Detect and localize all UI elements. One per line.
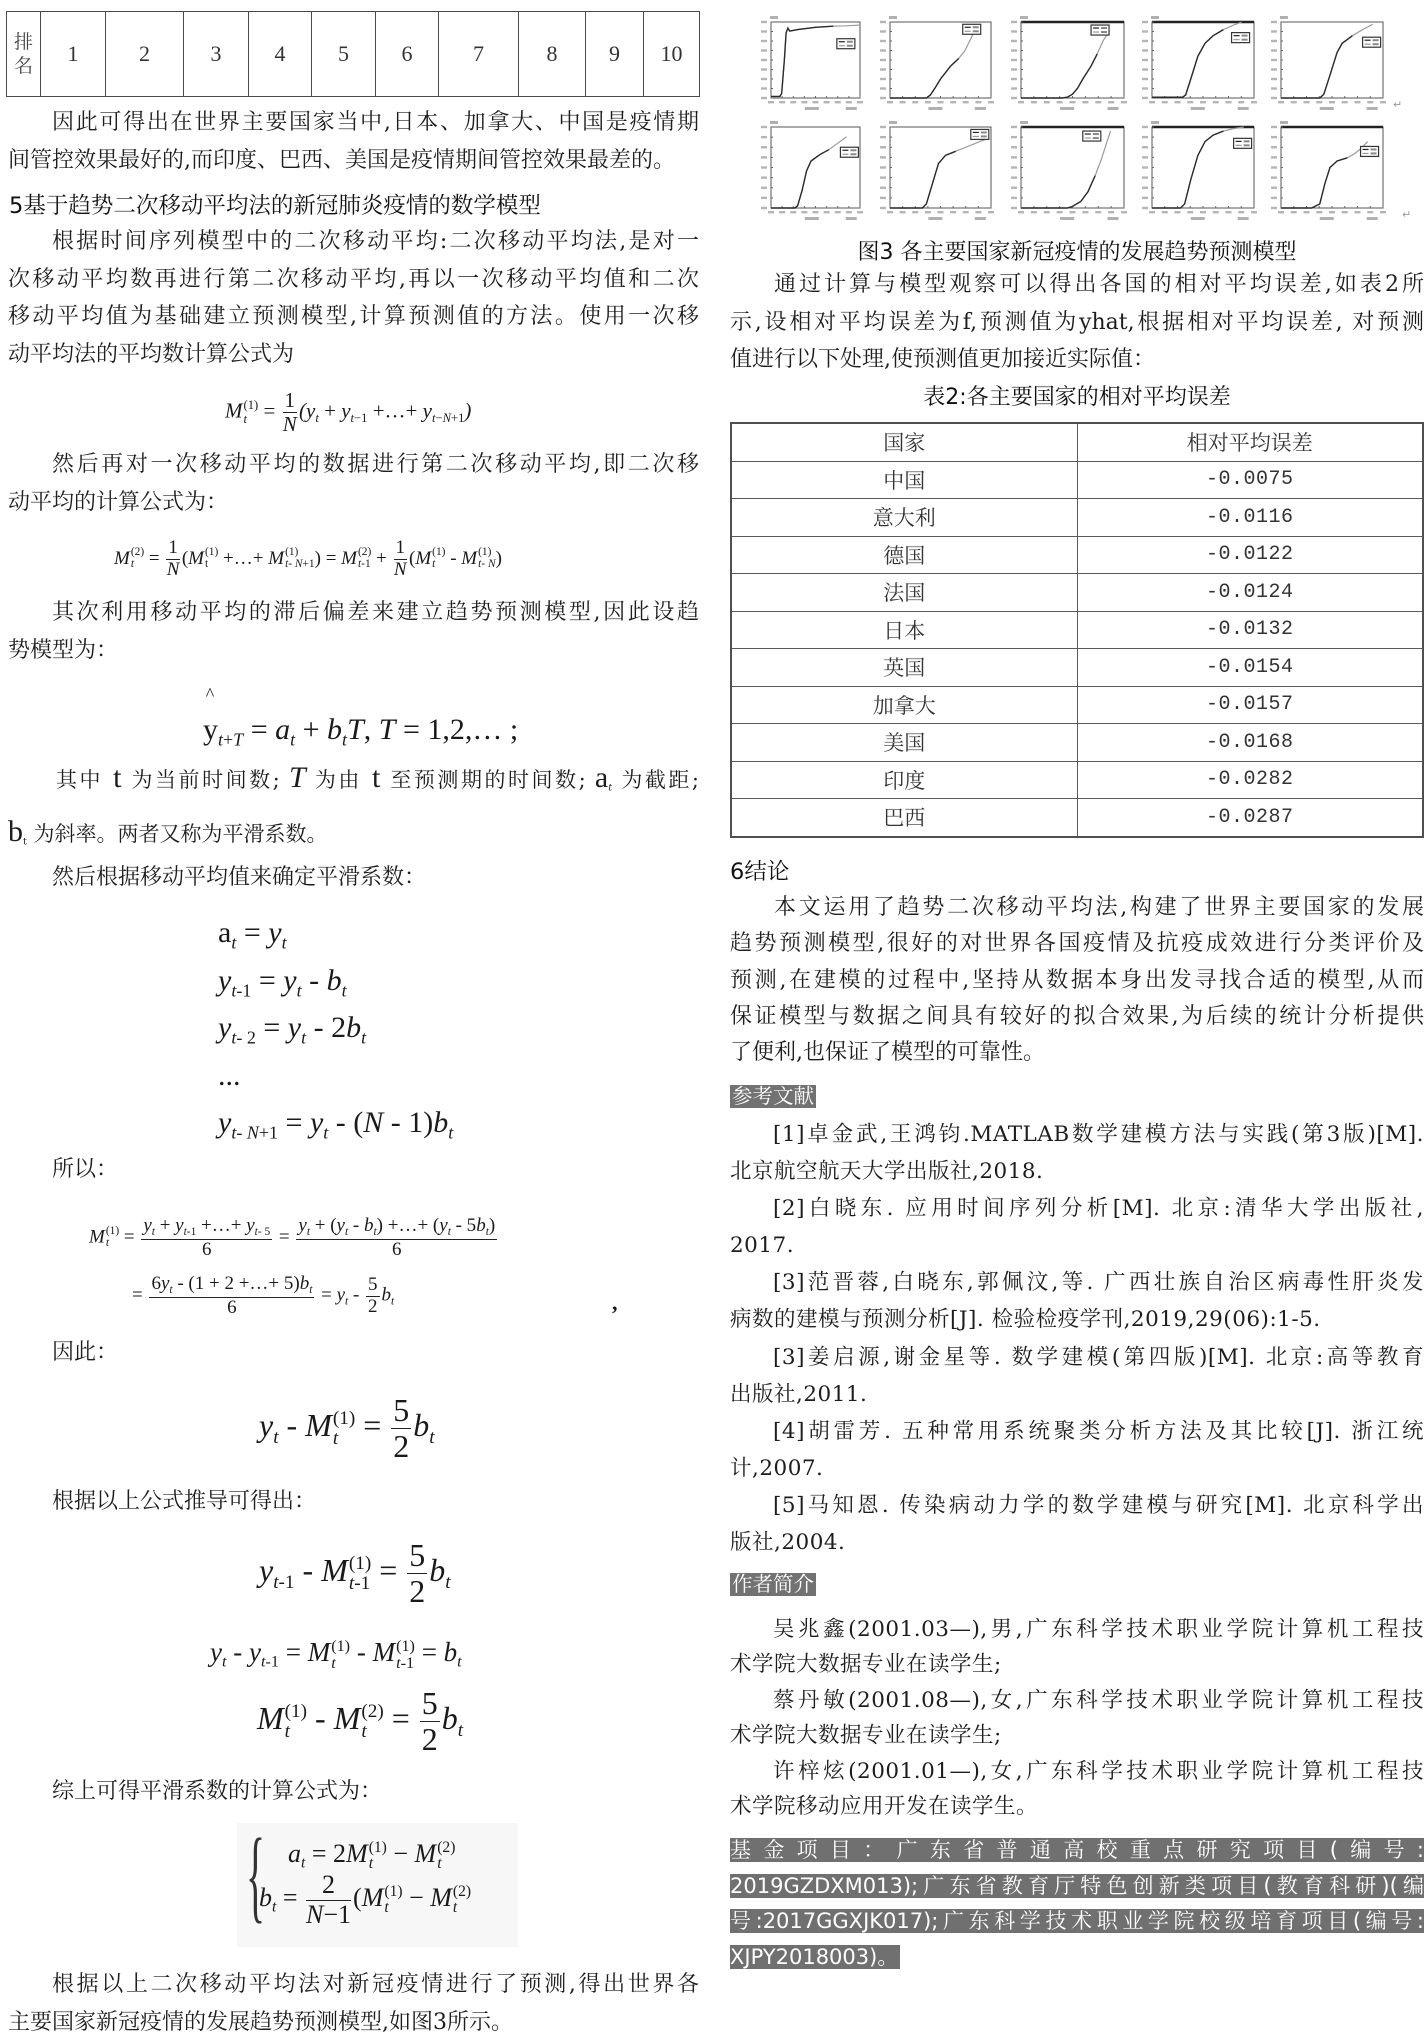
table-row: 意大利-0.0116	[731, 499, 1423, 537]
country-cell: 巴西	[731, 799, 1077, 837]
plot-x-tick-label	[779, 101, 785, 103]
text-line: 示,设相对平均误差为f,预测值为yhat,根据相对平均误差, 对预测	[730, 304, 1424, 342]
text-line: 根据时间序列模型中的二次移动平均:二次移动平均法,是对一	[8, 223, 699, 261]
text-line: 2017.	[730, 1227, 1424, 1264]
math-r: =	[355, 1407, 389, 1443]
plot-x-tick-label	[835, 101, 841, 103]
subscript: t	[384, 1900, 402, 1916]
plot-y-tick-label	[1142, 59, 1148, 61]
country-cell: 英国	[731, 649, 1077, 687]
reference-item: [5]马知恩. 传染病动力学的数学建模与研究[M]. 北京科学出版社,2004.	[730, 1487, 1424, 1561]
plot-exponent-label	[770, 16, 778, 19]
paragraph-derive: 根据以上公式推导可得出：	[8, 1483, 699, 1521]
math-r: a	[218, 916, 231, 949]
plot-y-tick-label	[1011, 156, 1017, 158]
plot-actual-curve	[1152, 131, 1223, 208]
plot-forecast-curve	[1021, 131, 1111, 208]
math-ss: (1)t	[106, 1226, 119, 1250]
plot-x-tick-label	[1057, 101, 1063, 103]
plot-y-tick-label	[1142, 68, 1148, 70]
table-row: 英国-0.0154	[731, 649, 1423, 687]
text-line: 2019GZDXM013);广东省教育厅特色创新类项目(教育科研)(编	[730, 1874, 1424, 1898]
plot-legend	[1083, 131, 1101, 141]
text-line: XJPY2018003)。	[730, 1945, 900, 1969]
plot-legend	[1234, 138, 1252, 148]
plot-x-tick-label	[1121, 211, 1127, 213]
math-ss: (1)t	[432, 547, 445, 571]
legend-label	[847, 45, 853, 47]
rank-cell: 8	[519, 12, 586, 97]
math-r: - 5	[451, 1215, 476, 1236]
plot-x-tick-label	[1031, 101, 1037, 103]
math-r: =	[258, 398, 280, 422]
math-r: (1)	[331, 1637, 350, 1655]
plot-y-tick-label	[1142, 187, 1148, 189]
plot-x-tick-label	[1121, 101, 1127, 103]
denominator: 2	[407, 1574, 427, 1609]
text-line: 次移动平均数再进行第二次移动平均,再以一次移动平均值和二次	[8, 261, 699, 299]
math-r: ) +…+ (	[377, 1215, 440, 1236]
plot-y-tick-label	[1142, 207, 1148, 209]
plot-thumbnail	[1136, 120, 1257, 223]
plot-x-tick-label	[1342, 101, 1348, 103]
math-r: −	[403, 1883, 431, 1912]
math-i: t	[342, 980, 347, 1000]
plot-x-tick-label	[1251, 211, 1257, 213]
authors-label: 作者简介	[730, 1573, 816, 1596]
legend-label	[1371, 148, 1377, 150]
plot-y-tick-label	[761, 207, 767, 209]
math-frac: 1N	[283, 389, 298, 436]
math-r: = 1,2,… ;	[395, 713, 518, 746]
text-line: 因此可得出在世界主要国家当中,日本、加拿大、中国是疫情期	[8, 104, 699, 142]
legend-label	[1371, 152, 1377, 154]
math-r: -1	[354, 1573, 370, 1594]
subscript: t	[244, 413, 259, 426]
formula-second-moving-average: M(2)t = 1N(M(1)t +…+ M(1)t- N+1) = M(2)t…	[114, 538, 502, 581]
numerator: 5	[391, 1393, 411, 1429]
text-slope-definition: bt 为斜率。两者又称为平滑系数。	[8, 808, 699, 866]
denominator: 6	[296, 1240, 497, 1261]
math-r: =	[251, 964, 283, 997]
text-line: 术学院大数据专业在读学生;	[730, 1718, 1424, 1753]
plot-y-tick-label	[880, 30, 886, 32]
math-frac: 1N	[166, 538, 180, 581]
legend-label	[1242, 35, 1248, 37]
table-row: 日本-0.0132	[731, 611, 1423, 649]
text-line: 间管控效果最好的,而印度、巴西、美国是疫情期间管控效果最差的。	[8, 142, 699, 180]
plot-x-tick-label	[846, 211, 852, 213]
math-c: 至预测期的时间数;	[390, 768, 595, 792]
section-5-title: 5基于趋势二次移动平均法的新冠肺炎疫情的数学模型	[9, 192, 541, 220]
math-r: - 2	[306, 1011, 346, 1044]
math-i: T	[379, 713, 396, 746]
plot-actual-curve	[1021, 176, 1095, 208]
country-cell: 中国	[731, 461, 1077, 499]
math-r: -	[348, 1215, 364, 1236]
legend-label	[1244, 140, 1250, 142]
math-ss: (1)t	[285, 1702, 307, 1742]
text-line: 趋势预测模型,很好的对世界各国疫情及抗疫成效进行分类评价及	[730, 926, 1424, 962]
plot-axes-box	[1281, 22, 1383, 98]
math-sub: t	[309, 1284, 312, 1296]
numerator: yt + yt-1 +…+ yt- 5	[141, 1216, 272, 1240]
numerator: 1	[283, 389, 298, 413]
plot-x-tick-label	[1175, 211, 1181, 213]
denominator: N−1	[306, 1901, 351, 1930]
plot-y-tick-label	[1271, 197, 1277, 199]
plot-y-tick-label	[761, 21, 767, 23]
plot-x-tick-label	[857, 101, 863, 103]
math-r: - 5	[258, 1226, 270, 1238]
plot-legend	[1363, 37, 1381, 47]
math-i: t	[445, 1572, 450, 1593]
math-r: -	[445, 548, 461, 569]
plot-x-tick-label	[887, 101, 893, 103]
plot-y-tick-label	[761, 40, 767, 42]
math-r: -	[236, 1122, 247, 1142]
math-sub: t	[361, 1027, 366, 1047]
plot-y-tick-label	[1011, 126, 1017, 128]
plot-exponent-label	[889, 16, 897, 19]
table-header-row: 国家 相对平均误差	[731, 423, 1423, 461]
table-row: 中国-0.0075	[731, 461, 1423, 499]
math-r: =	[132, 1285, 147, 1306]
math-i: y	[246, 1215, 254, 1236]
math-r: 5	[422, 1685, 438, 1721]
plot-y-tick-label	[1271, 126, 1277, 128]
plot-x-axis-label	[1320, 107, 1334, 110]
math-frac: 52	[420, 1686, 440, 1757]
plot-x-tick-label	[1070, 101, 1076, 103]
subscript: t	[131, 559, 144, 571]
plot-y-tick-label	[1271, 187, 1277, 189]
plot-x-tick-label	[857, 211, 863, 213]
plot-x-tick-label	[950, 211, 956, 213]
plot-y-tick-label	[1011, 49, 1017, 51]
math-ss: (1)t	[384, 1884, 402, 1917]
plot-x-exponent-label	[1108, 217, 1119, 220]
plot-exponent-label	[1020, 16, 1028, 19]
math-r: =	[316, 1285, 336, 1306]
math-r: - (1 + 2 +…+ 5)	[173, 1273, 300, 1294]
plot-x-tick-label	[988, 211, 994, 213]
plot-forecast-curve	[771, 137, 847, 208]
plot-x-exponent-label	[975, 107, 986, 110]
text-line: [1]卓金武,王鸿钧.MATLAB数学建模方法与实践(第3版)[M].	[730, 1116, 1424, 1153]
math-frac: 52	[366, 1275, 380, 1318]
plot-y-tick-label	[1271, 78, 1277, 80]
superscript: (2)	[453, 1884, 471, 1900]
superscript: (1)	[285, 1702, 307, 1722]
formula-difference-1: yt - M(1)t = 52bt	[259, 1393, 435, 1464]
numerator: 6yt - (1 + 2 +…+ 5)bt	[149, 1274, 314, 1298]
denominator: N	[394, 560, 408, 581]
math-i: M	[415, 1839, 437, 1868]
formula-trend-forecast: y^t+T = at + btT, T = 1,2,… ;	[203, 713, 518, 750]
subscript: t-1	[396, 1655, 415, 1672]
text-line: 根据以上二次移动平均法对新冠疫情进行了预测,得出世界各	[8, 1966, 699, 2004]
plot-thumbnail	[755, 120, 863, 223]
plot-y-tick-label	[1271, 40, 1277, 42]
math-r: 2	[409, 1573, 425, 1609]
plot-y-tick-label	[1271, 97, 1277, 99]
math-i: b	[259, 1883, 272, 1912]
text-line: 根据以上公式推导可得出：	[8, 1483, 699, 1521]
plot-x-tick-label	[813, 101, 819, 103]
math-i: t	[391, 1296, 394, 1308]
math-i: t	[333, 1428, 338, 1449]
legend-label	[850, 149, 856, 151]
superscript: (2)	[437, 1840, 455, 1856]
math-bi: T	[289, 761, 306, 794]
plot-x-tick-label	[1304, 101, 1310, 103]
denominator: 6	[141, 1240, 272, 1261]
math-sub: t−1	[351, 411, 368, 425]
math-i: y	[310, 1106, 323, 1139]
plot-x-tick-label	[912, 211, 918, 213]
error-cell: -0.0157	[1077, 686, 1423, 724]
paragraph-second-average: 然后再对一次移动平均的数据进行第二次移动平均,即二次移动平均的计算公式为：	[8, 446, 699, 521]
plot-y-tick-label	[880, 136, 886, 138]
relative-error-table: 国家 相对平均误差 中国-0.0075 意大利-0.0116 德国-0.0122…	[730, 422, 1424, 838]
math-i: y	[218, 1106, 231, 1139]
math-r: (2)	[358, 546, 371, 558]
plot-y-tick-label	[1011, 97, 1017, 99]
legend-label	[850, 153, 856, 155]
plot-svg	[755, 120, 863, 223]
plot-x-exponent-label	[975, 217, 986, 220]
plot-y-tick-label	[1011, 78, 1017, 80]
math-i: t	[457, 1653, 462, 1671]
math-r: 1	[285, 388, 296, 412]
plot-x-tick-label	[1329, 101, 1335, 103]
plot-y-tick-label	[880, 207, 886, 209]
math-r: +1	[303, 558, 315, 570]
math-i: b	[442, 1700, 458, 1736]
plot-forecast-curve	[1281, 142, 1368, 208]
math-r: =	[276, 1883, 304, 1912]
plot-x-tick-label	[1316, 101, 1322, 103]
paragraph-rank-result: 因此可得出在世界主要国家当中,日本、加拿大、中国是疫情期间管控效果最好的,而印度…	[8, 104, 699, 179]
math-r: =	[274, 1227, 294, 1248]
plot-legend	[1361, 146, 1379, 156]
math-i: t	[432, 558, 435, 570]
plot-y-tick-label	[761, 49, 767, 51]
plot-y-tick-label	[1271, 21, 1277, 23]
plot-legend	[1091, 25, 1109, 35]
plot-x-tick-label	[1367, 101, 1373, 103]
math-i: y	[259, 1407, 273, 1443]
table-row: 巴西-0.0287	[731, 799, 1423, 837]
text-line: 动平均的计算公式为：	[8, 484, 699, 522]
math-i: M	[341, 548, 357, 569]
text-line: [3]姜启源,谢金星等. 数学建模(第四版)[M]. 北京:高等教育	[730, 1339, 1424, 1376]
math-sub: t	[342, 980, 347, 1000]
plot-x-tick-label	[1095, 101, 1101, 103]
plot-y-tick-label	[1271, 136, 1277, 138]
math-i: y	[143, 1215, 151, 1236]
plot-y-tick-label	[1271, 166, 1277, 168]
legend-label	[1373, 43, 1379, 45]
formula-expansion-line-2: = 6yt - (1 + 2 +…+ 5)bt6 = yt - 52bt	[132, 1274, 394, 1318]
plot-y-tick-label	[880, 166, 886, 168]
math-ss: (2)t	[131, 547, 144, 571]
plot-actual-curve	[1021, 54, 1097, 98]
subscript: t	[331, 1655, 350, 1672]
superscript: (1)	[349, 1554, 371, 1574]
math-i: N	[167, 559, 180, 580]
legend-label	[1244, 144, 1250, 146]
plot-y-tick-label	[1142, 146, 1148, 148]
math-r: 6	[227, 1297, 237, 1318]
legend-label	[1242, 39, 1248, 41]
math-i: b	[476, 1215, 486, 1236]
math-r: +	[155, 1215, 175, 1236]
text-line: 综上可得平滑系数的计算公式为：	[8, 1773, 699, 1811]
legend-label	[981, 135, 987, 137]
plot-x-tick-label	[963, 211, 969, 213]
math-r: 2	[368, 1296, 378, 1317]
plot-y-tick-label	[1142, 97, 1148, 99]
plot-y-tick-label	[880, 68, 886, 70]
plot-actual-curve	[771, 26, 833, 96]
text-line: 然后根据移动平均值来确定平滑系数：	[8, 859, 699, 897]
math-r: (1)	[384, 1883, 402, 1900]
math-r: 1	[168, 537, 178, 558]
math-r: (1)	[478, 546, 491, 558]
math-r: 6	[151, 1273, 161, 1294]
math-ss: (1)t	[331, 1638, 350, 1672]
column-header: 相对平均误差	[1077, 423, 1423, 461]
plot-y-tick-label	[880, 197, 886, 199]
text-line: 因此：	[8, 1334, 699, 1372]
rank-cell: 9	[586, 12, 644, 97]
plot-y-tick-label	[761, 78, 767, 80]
text-line: 出版社,2011.	[730, 1376, 1424, 1413]
legend-label	[973, 26, 979, 28]
plot-y-tick-label	[1271, 146, 1277, 148]
math-r: - 2	[236, 1027, 256, 1047]
plot-x-tick-label	[1108, 211, 1114, 213]
math-r: 5	[393, 1392, 409, 1428]
math-r: +1	[451, 411, 464, 425]
math-r: -	[279, 1407, 306, 1443]
math-i: b	[429, 1552, 445, 1588]
table-row: 美国-0.0168	[731, 724, 1423, 762]
math-frac: 52	[407, 1538, 427, 1609]
plot-x-tick-label	[1226, 211, 1232, 213]
formula-line: yt-1 = yt - bt	[218, 957, 453, 1005]
math-i: t	[282, 932, 287, 952]
text-line: [2]白晓东. 应用时间序列分析[M]. 北京:清华大学出版社,	[730, 1190, 1424, 1227]
country-cell: 印度	[731, 761, 1077, 799]
plot-y-tick-label	[880, 97, 886, 99]
math-i: M	[89, 1227, 105, 1248]
plot-x-tick-label	[824, 211, 830, 213]
math-sub: t-1	[184, 1226, 197, 1238]
plot-x-tick-label	[790, 101, 796, 103]
author-item: 蔡丹敏(2001.08—),女,广东科学技术职业学院计算机工程技术学院大数据专业…	[730, 1683, 1424, 1754]
rank-cell: 3	[184, 12, 249, 97]
math-r: (1)	[244, 398, 259, 412]
math-i: t	[448, 1122, 453, 1142]
plot-y-tick-label	[761, 156, 767, 158]
plot-thumbnail	[1005, 120, 1127, 223]
plot-legend	[963, 24, 981, 34]
math-r: 5	[409, 1537, 425, 1573]
plot-svg	[1005, 15, 1127, 113]
subscript: t	[369, 1856, 387, 1872]
math-i: t	[244, 412, 248, 426]
plot-x-tick-label	[1380, 101, 1386, 103]
plot-actual-curve	[1152, 30, 1223, 98]
plot-x-tick-label	[1251, 101, 1257, 103]
math-r: 6	[202, 1239, 212, 1260]
math-r: ) =	[315, 548, 342, 569]
math-r: ...	[218, 1059, 241, 1092]
plot-y-tick-label	[1271, 30, 1277, 32]
math-ss: (1)t	[333, 1409, 355, 1449]
math-i: y	[439, 1215, 447, 1236]
rank-cell: 1	[41, 12, 106, 97]
subscript: t	[106, 1238, 119, 1250]
math-i: b	[433, 1106, 448, 1139]
figure-caption: 图3 各主要国家新冠疫情的发展趋势预测模型	[730, 239, 1424, 267]
plot-x-exponent-label	[1367, 107, 1378, 110]
math-i: b	[413, 1407, 429, 1443]
plot-x-tick-label	[975, 101, 981, 103]
math-i: b	[327, 713, 342, 746]
plot-thumbnail	[1265, 120, 1386, 223]
text-line: 号:2017GGXJK017);广东科学技术职业学院校级培育项目(编号:	[730, 1909, 1424, 1933]
paragraph-trend-model: 其次利用移动平均的滞后偏差来建立趋势预测模型,因此设趋势模型为：	[8, 594, 699, 669]
math-i: y	[337, 1215, 345, 1236]
math-frac: yt + (yt - bt) +…+ (yt - 5bt)6	[296, 1216, 497, 1260]
math-r: -1	[265, 1653, 278, 1671]
plot-actual-curve	[771, 150, 829, 208]
subscript: t- N	[478, 559, 495, 571]
error-cell: -0.0122	[1077, 536, 1423, 574]
plot-svg	[874, 15, 994, 113]
math-r: =	[371, 1552, 405, 1588]
plot-x-tick-label	[975, 211, 981, 213]
text-line: 动平均法的平均数计算公式为	[8, 336, 699, 374]
math-r: (1)	[285, 1701, 307, 1722]
text-line: 主要国家新冠疫情的发展趋势预测模型,如图3所示。	[8, 2004, 699, 2037]
text-line: 术学院移动应用开发在读学生。	[730, 1789, 1424, 1824]
plot-x-tick-label	[1200, 211, 1206, 213]
plot-y-tick-label	[880, 78, 886, 80]
math-r: −1	[323, 1900, 351, 1929]
plot-actual-curve	[1281, 158, 1347, 208]
math-r: -	[295, 1552, 322, 1588]
plot-y-tick-label	[761, 176, 767, 178]
math-sub: t	[457, 1653, 462, 1671]
math-i: t	[331, 1654, 336, 1672]
plot-x-tick-label	[900, 101, 906, 103]
plot-svg	[1136, 15, 1257, 113]
math-sub: t	[429, 1427, 434, 1448]
math-i: M	[362, 1883, 384, 1912]
plot-svg	[1005, 120, 1127, 223]
plot-x-exponent-label	[1238, 107, 1249, 110]
math-i: y	[268, 916, 281, 949]
reference-item: [1]卓金武,王鸿钧.MATLAB数学建模方法与实践(第3版)[M].北京航空航…	[730, 1116, 1424, 1190]
math-ss: (1)t- N+1	[285, 547, 315, 571]
paragraph-conclusion: 本文运用了趋势二次移动平均法,构建了世界主要国家的发展趋势预测模型,很好的对世界…	[730, 890, 1424, 1071]
plot-x-tick-label	[1162, 211, 1168, 213]
